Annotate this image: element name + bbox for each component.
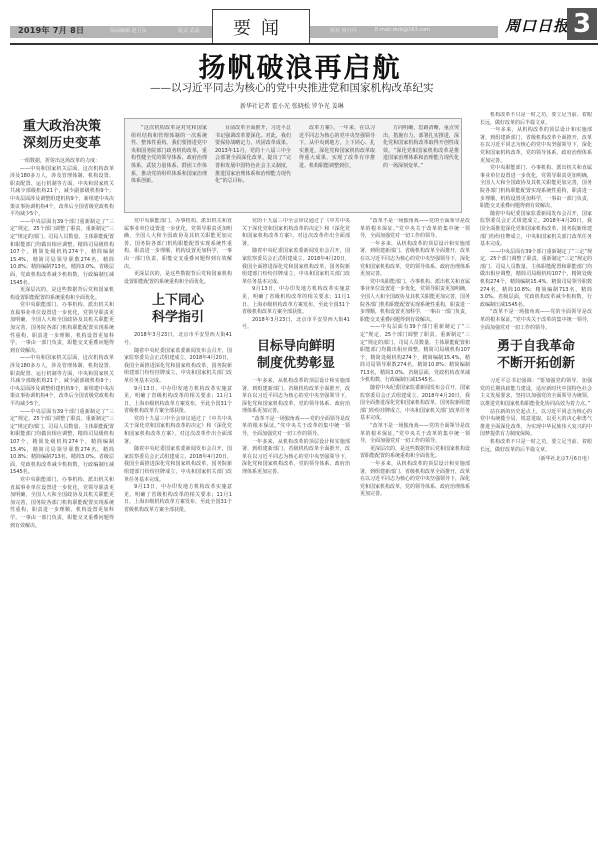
intro-paragraph: “这次机构改革是对党和国家组织结构和管理体制的一次系统性、整体性重构。我们要推进… [131,125,207,186]
body-paragraph: 一组数据，折射出这场改革的力度： [10,158,114,166]
editor-credit: 版面编辑 赵卫东 [110,27,147,34]
dateline-note: （新华社北京7月6日电） [480,456,592,464]
body-paragraph: ——中央和国家机关层面，这次机构改革涉及180多万人，涉及管理体制、机构设置、职… [10,166,114,219]
body-paragraph: “改革不是一场独角戏——党的全面领导是改革的根本保证。”党中央关于改革的集中统一… [242,416,350,439]
intro-column: 改革方案》。一年来，在以习近平同志为核心的党中央坚强领导下，从中央到地方，上下同… [299,125,375,209]
body-paragraph: 党中央职能部门、办事机构、派出机关和直属事业单位设置进一步优化，党领导职责更加明… [10,477,114,530]
body-paragraph: “改革不是一场独角戏——党的全面领导是改革的根本保证。”党中央关于改革的集中统一… [360,423,470,446]
body-paragraph: ——中央层面有39个部门重新制定了“三定”规定，25个部门调整了职责。重新制定“… [480,249,592,310]
body-paragraph: 一年多来，从机构改革的顶层设计和实施部署，到组建新部门、省级机构改革全面推开，改… [360,461,470,499]
body-paragraph: 党中央职能部门、办事机构、派出机关和直属事业单位设置进一步优化，党领导职责更加明… [480,165,592,211]
section-title: 目标导向鲜明 制度优势彰显 [242,338,350,372]
intro-column: “这次机构改革是对党和国家组织结构和管理体制的一次系统性、整体性重构。我们要推进… [131,125,207,209]
body-paragraph: ——中央层面有39个部门重新制定了“三定”规定，25个部门调整了职责。重新制定“… [10,409,114,477]
body-paragraph: ——中央和国家机关层面，这次机构改革涉及180多万人，涉及管理体制、机构设置、职… [10,355,114,408]
body-paragraph: 一年多来，从机构改革的顶层设计和实施部署，到组建新部门、省级机构改革全面推开，改… [480,127,592,165]
body-paragraph: 一年多来，从机构改革的顶层设计和实施部署，到组建新部门、省级机构改革全面推开，改… [242,378,350,416]
intro-paragraph: 方向明确，思路清晰，重点突出，措施有力，部署扎实推进，深化党和国家机构改革取得开… [383,125,459,171]
body-paragraph: 随着中央纪委国家监委新闻发布会召开，国家监察委员会正式组建成立。2018年4月2… [242,248,350,286]
body-paragraph: 党的十九届三中全会审议通过了《中共中央关于深化党和国家机构改革的决定》和《深化党… [124,416,232,446]
body-paragraph: 机构改革不只是一时之功，要立足当前、着眼长远，做好改革的后半篇文章。 [480,112,592,127]
masthead-rule [10,43,598,45]
section-label: 要闻 [212,9,310,43]
body-paragraph: 习近平总书记强调：“要加强党的领导、加强党的长期执政能力建设，适应新时代中国特色… [480,378,592,408]
article-column-2: 党中央职能部门、办事机构、派出机关和直属事业单位设置进一步优化，党领导职责更加明… [124,218,232,842]
body-paragraph: 随着中央纪委国家监委新闻发布会召开，国家监察委员会正式组建成立。2018年4月2… [480,211,592,249]
body-paragraph: 随着中央纪委国家监委新闻发布会召开，国家监察委员会正式组建成立。2018年4月2… [124,446,232,484]
body-paragraph: 2018年3月23日，北京市平安里西大街41号。 [242,317,350,332]
body-paragraph: 站在新的历史起点上，以习近平同志为核心的党中央统揽全局，锐意进取，以更大的决心和… [480,409,592,439]
body-paragraph: ——中央层面有39个部门重新制定了“三定”规定，25个部门调整了职责。重新制定“… [360,324,470,385]
article-column-4: “改革不是一场独角戏——党的全面领导是改革的根本保证。”党中央关于改革的集中统一… [360,218,470,842]
newspaper-logo: 周口日报 [505,15,569,36]
body-paragraph: 党中央职能部门、办事机构、派出机关和直属事业单位设置进一步优化，党领导职责更加明… [10,302,114,355]
masthead: 2019年 7月 8日 版面编辑 赵卫东 版式 武磊 要闻 校对 何丹丹 E-m… [0,0,600,46]
body-paragraph: 一年多来，从机构改革的顶层设计和实施部署，到组建新部门、省级机构改革全面推开，改… [360,241,470,279]
intro-column: 目前改革全面推开，习近平总书记强调改革要深化。对此，我们要保持战略定力，巩固改革… [215,125,291,209]
section-title: 上下同心 科学指引 [124,292,232,326]
body-paragraph: 党中央职能部门、办事机构、派出机关和直属事业单位设置进一步优化，党领导职责更加明… [124,218,232,271]
body-paragraph: 2018年3月23日，北京市平安里西大街41号。 [124,332,232,347]
body-paragraph: “改革不是一场独角戏——党的全面领导是改革的根本保证。”党中央关于改革的集中统一… [360,218,470,241]
section-title: 勇于自我革命 不断开拓创新 [480,338,592,372]
body-paragraph: 9月13日，中办印发地方机构改革实施意见，明确了省级机构改革的相关要求；11月1… [124,484,232,514]
issue-date: 2019年 7月 8日 [18,25,84,36]
body-paragraph: 党中央职能部门、办事机构、派出机关和直属事业单位设置进一步优化，党领导职责更加明… [360,279,470,325]
byline: 新华社记者 霍小光 张晓松 罗争光 姜琳 [240,101,344,110]
body-paragraph: 9月13日，中办印发地方机构改革实施意见，明确了省级机构改革的相关要求；11月1… [124,386,232,416]
intro-box: “这次机构改革是对党和国家组织结构和管理体制的一次系统性、整体性重构。我们要推进… [124,118,462,213]
intro-column: 方向明确，思路清晰，重点突出，措施有力，部署扎实推进，深化党和国家机构改革取得开… [383,125,459,209]
section-title: 重大政治决策 深刻历史变革 [10,118,114,152]
intro-paragraph: 改革方案》。一年来，在以习近平同志为核心的党中央坚强领导下，从中央到地方，上下同… [299,125,375,171]
intro-paragraph: 目前改革全面推开，习近平总书记强调改革要深化。对此，我们要保持战略定力，巩固改革… [215,125,291,186]
article-column-1: 重大政治决策 深刻历史变革 一组数据，折射出这场改革的力度： ——中央和国家机关… [10,112,114,842]
body-paragraph: 一年多来，从机构改革的顶层设计和实施部署，到组建新部门、省级机构改革全面推开，改… [242,439,350,477]
body-paragraph: 更深层次的，是这些数据背后党和国家机构设置职能配置的系统重构和全面优化。 [10,287,114,302]
subheadline: ——以习近平同志为核心的党中央推进党和国家机构改革纪实 [150,80,470,95]
contact-email: E-mail:zkrb@163.com [375,27,430,33]
body-paragraph: 9月13日，中办印发地方机构改革实施意见，明确了省级机构改革的相关要求；11月1… [242,286,350,316]
body-paragraph: 更深层次的，是这些数据背后党和国家机构设置职能配置的系统重构和全面优化。 [360,446,470,461]
body-paragraph: 机构改革不只是一时之功，要立足当前、着眼长远，做好改革的后半篇文章。 [480,439,592,454]
body-paragraph: 党的十九届三中全会审议通过了《中共中央关于深化党和国家机构改革的决定》和《深化党… [242,218,350,248]
body-paragraph: 随着中央纪委国家监委新闻发布会召开，国家监察委员会正式组建成立。2018年4月2… [124,348,232,386]
proofreader-credit: 校对 何丹丹 [330,27,357,34]
body-paragraph: 更深层次的，是这些数据背后党和国家机构设置职能配置的系统重构和全面优化。 [124,271,232,286]
page-number: 3 [567,8,597,40]
designer-credit: 版式 武磊 [178,27,200,34]
article-column-3: 党的十九届三中全会审议通过了《中共中央关于深化党和国家机构改革的决定》和《深化党… [242,218,350,842]
article-column-5: 机构改革不只是一时之功，要立足当前、着眼长远，做好改革的后半篇文章。 一年多来，… [480,112,592,842]
body-paragraph: 随着中央纪委国家监委新闻发布会召开，国家监察委员会正式组建成立。2018年4月2… [360,385,470,423]
body-paragraph: ——中央层面有39个部门重新制定了“三定”规定，25个部门调整了职责。重新制定“… [10,219,114,287]
body-paragraph: “改革不是一场独角戏——党的全面领导是改革的根本保证。”党中央关于改革的集中统一… [480,309,592,332]
